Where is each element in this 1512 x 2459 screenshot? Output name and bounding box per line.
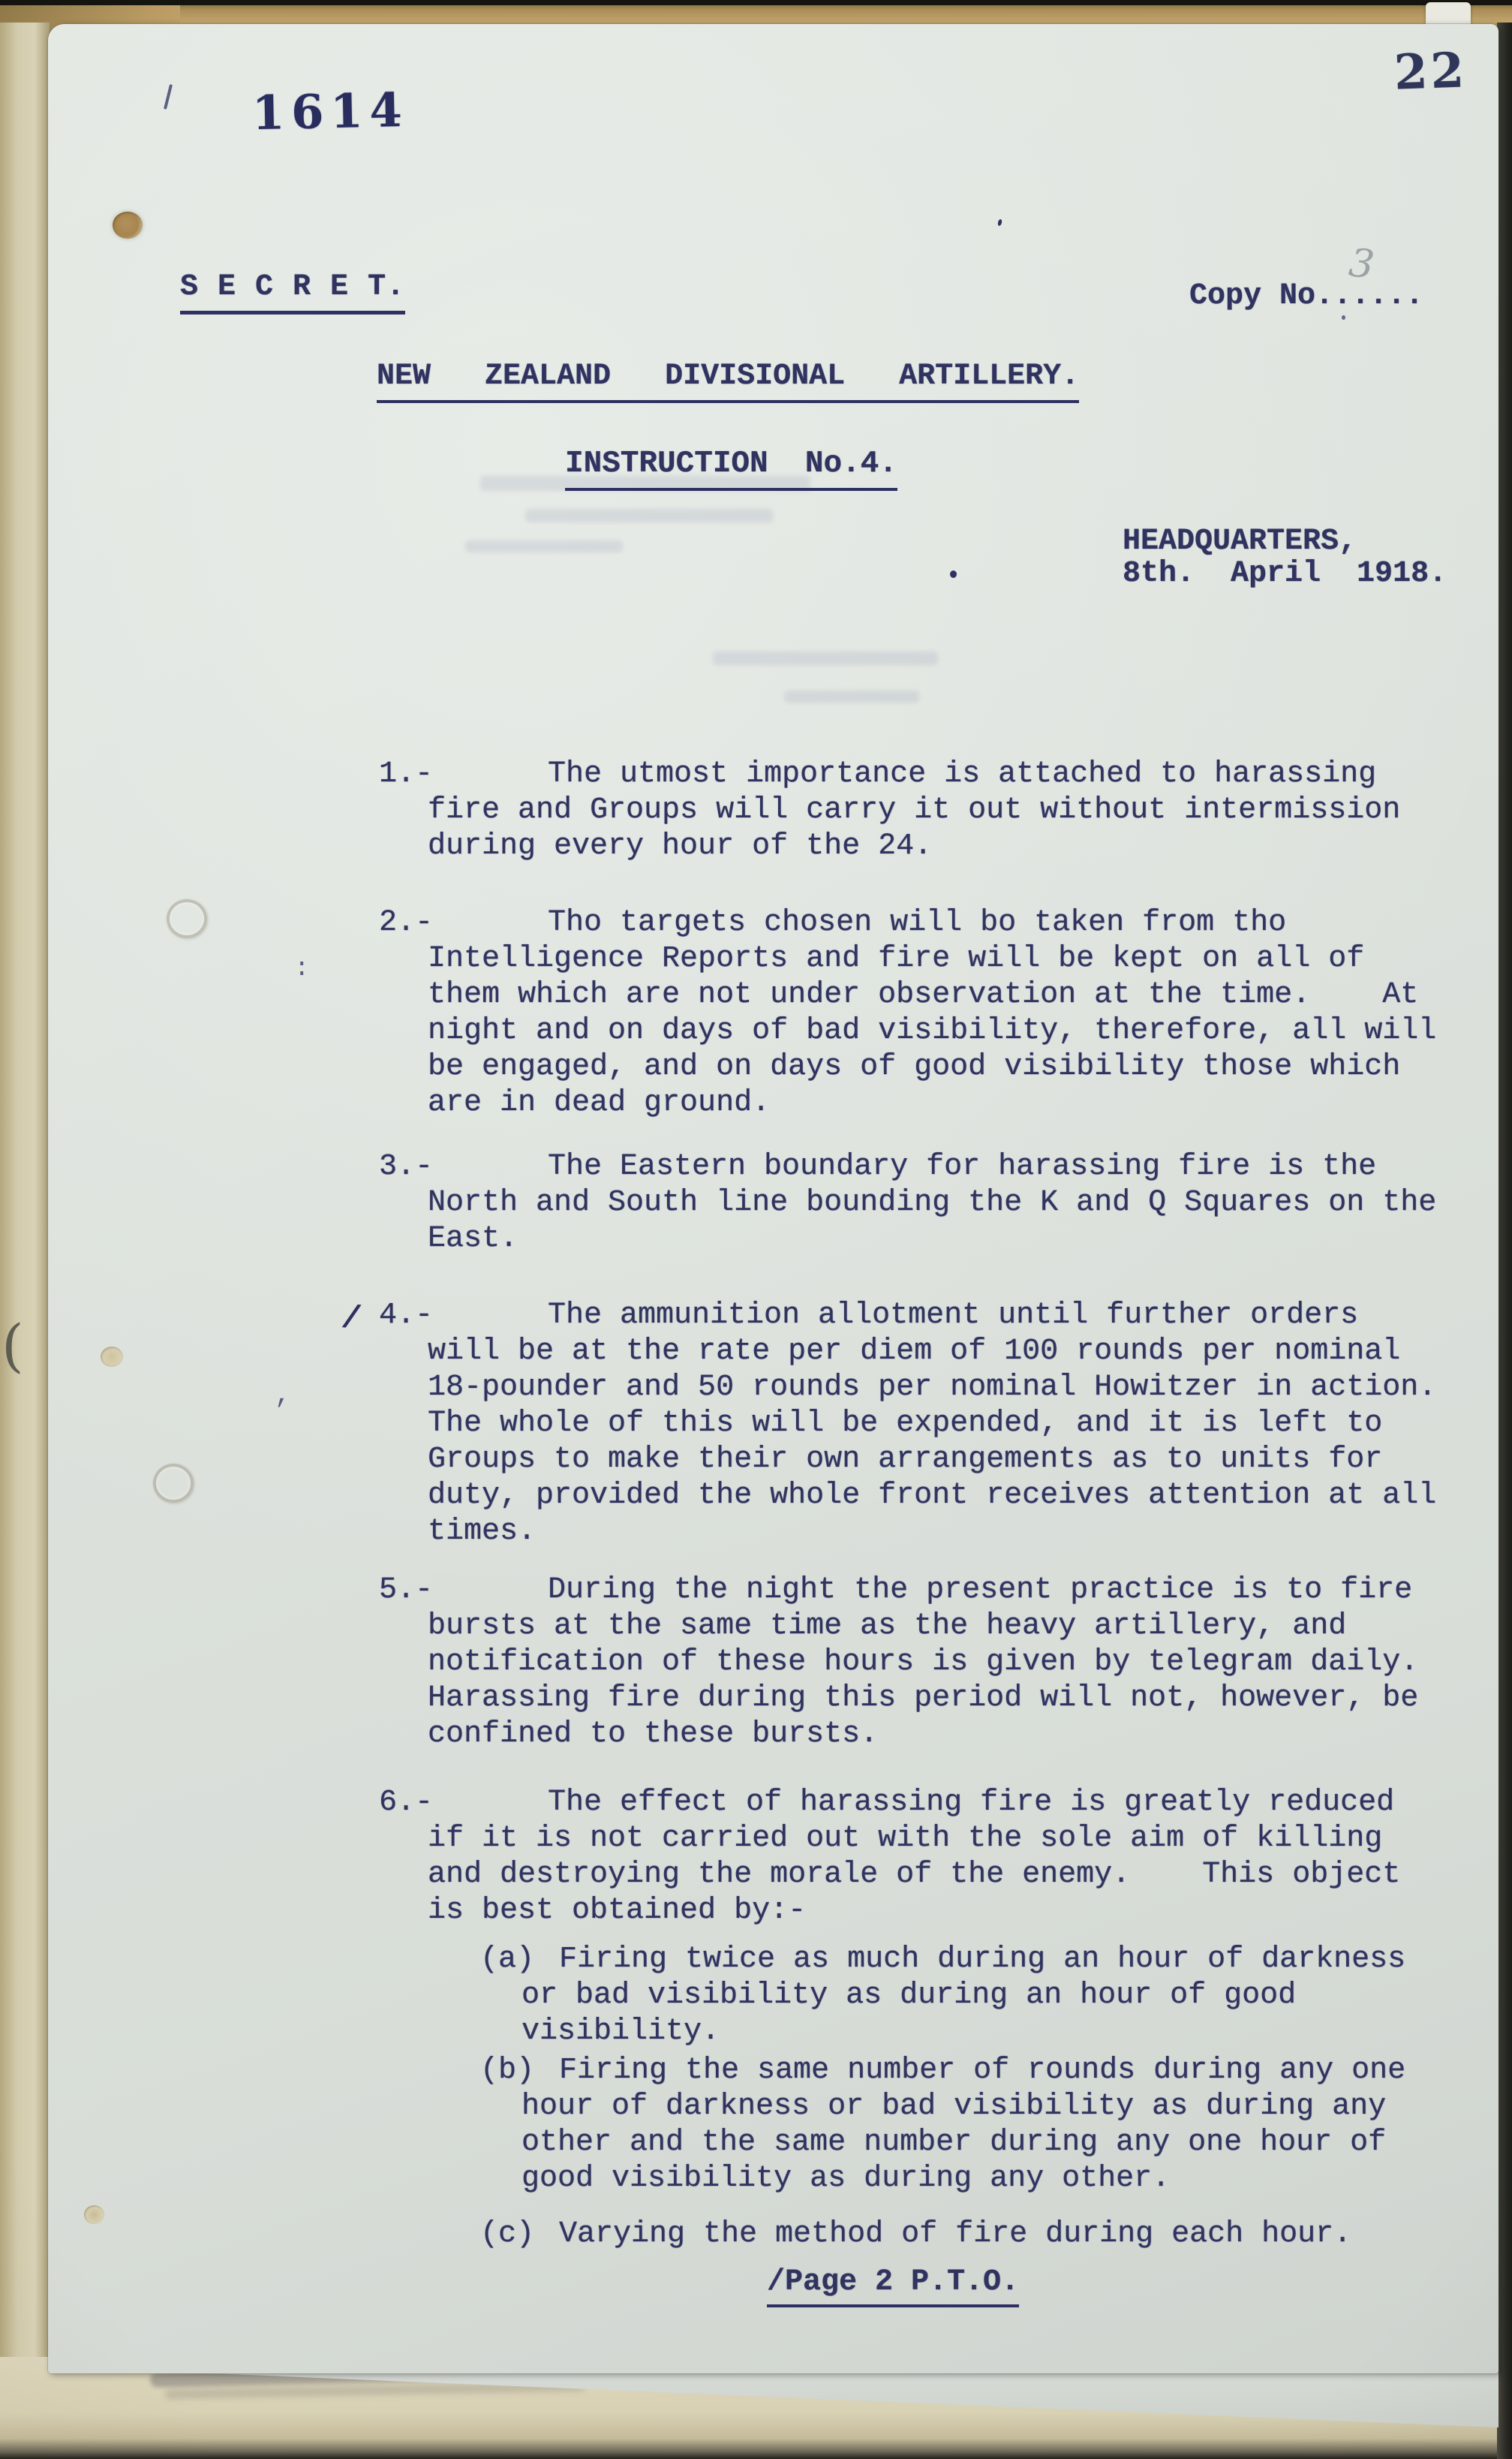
paragraph-3-line-3: East. — [428, 1221, 1482, 1257]
paragraph-4: 4.- The ammunition allotment until furth… — [379, 1298, 1482, 1550]
copy-number-label: Copy No...... — [1189, 279, 1423, 313]
date-line: 8th. April 1918. — [1123, 557, 1447, 591]
subitem-c-label: (c) — [480, 2217, 534, 2253]
paragraph-5-line-1: During the night the present practice is… — [428, 1573, 1482, 1609]
paragraph-2-line-1: Tho targets chosen will bo taken from th… — [428, 905, 1482, 941]
paragraph-2-line-3: them which are not under observation at … — [428, 977, 1482, 1013]
subitem-b: (b) Firing the same number of rounds dur… — [480, 2053, 1486, 2197]
paragraph-5-line-5: confined to these bursts. — [428, 1717, 1482, 1753]
paragraph-6-line-4: is best obtained by:- — [428, 1893, 1482, 1929]
handwritten-page-number: 22 — [1393, 42, 1468, 101]
subitem-b-line-4: good visibility as during any other. — [522, 2161, 1486, 2197]
subitem-b-label: (b) — [480, 2053, 534, 2089]
subitem-a-line-3: visibility. — [522, 2014, 1486, 2050]
paragraph-5: 5.- During the night the present practic… — [379, 1573, 1482, 1753]
subitem-b-line-1: Firing the same number of rounds during … — [522, 2053, 1486, 2089]
paragraph-3-line-2: North and South line bounding the K and … — [428, 1185, 1482, 1221]
file-stamp-number: 1614 — [251, 83, 409, 140]
punch-hole-middle — [101, 1347, 123, 1367]
punch-hole-bottom — [84, 2205, 104, 2224]
classification-label: S E C R E T. — [180, 270, 405, 315]
paragraph-6-line-1: The effect of harassing fire is greatly … — [428, 1785, 1482, 1821]
paragraph-1-line-2: fire and Groups will carry it out withou… — [428, 793, 1482, 829]
paragraph-2-line-2: Intelligence Reports and fire will be ke… — [428, 941, 1482, 977]
paragraph-2-number: 2.- — [379, 905, 433, 941]
stray-colon-mark: : — [294, 955, 309, 983]
ink-bleed-through — [713, 652, 938, 665]
embossed-ring-mark-1 — [167, 899, 207, 938]
paragraph-2-line-6: are in dead ground. — [428, 1085, 1482, 1121]
subitem-a-line-1: Firing twice as much during an hour of d… — [522, 1942, 1486, 1978]
page-turn-footer: /Page 2 P.T.O. — [767, 2265, 1019, 2307]
paragraph-4-line-7: times. — [428, 1514, 1482, 1550]
scanned-document: 1614 22 S E C R E T. Copy No...... 3 NEW… — [0, 0, 1512, 2459]
document-title: NEW ZEALAND DIVISIONAL ARTILLERY. — [377, 360, 1079, 403]
subitem-a-label: (a) — [480, 1942, 534, 1978]
subitem-c-line-1: Varying the method of fire during each h… — [522, 2217, 1486, 2253]
ink-bleed-through — [465, 540, 623, 552]
paragraph-4-number: 4.- — [379, 1298, 433, 1334]
punch-hole-top — [113, 212, 143, 239]
paragraph-4-line-1: The ammunition allotment until further o… — [428, 1298, 1482, 1334]
subitem-c: (c) Varying the method of fire during ea… — [480, 2217, 1486, 2253]
paragraph-6-line-2: if it is not carried out with the sole a… — [428, 1821, 1482, 1857]
subitem-b-line-2: hour of darkness or bad visibility as du… — [522, 2089, 1486, 2125]
paragraph-2-line-5: be engaged, and on days of good visibili… — [428, 1049, 1482, 1085]
paragraph-5-line-3: notification of these hours is given by … — [428, 1645, 1482, 1681]
instruction-number-title: INSTRUCTION No.4. — [565, 447, 897, 491]
paragraph-3: 3.- The Eastern boundary for harassing f… — [379, 1149, 1482, 1257]
ink-dot — [950, 570, 957, 578]
ink-bleed-through — [525, 509, 773, 522]
embossed-ring-mark-2 — [153, 1464, 194, 1503]
paragraph-2: 2.- Tho targets chosen will bo taken fro… — [379, 905, 1482, 1121]
paragraph-2-line-4: night and on days of bad visibility, the… — [428, 1013, 1482, 1049]
paragraph-6-number: 6.- — [379, 1785, 433, 1821]
pen-slash-mark: / — [339, 1300, 362, 1339]
paragraph-6-line-3: and destroying the morale of the enemy. … — [428, 1857, 1482, 1893]
ink-speck — [1342, 315, 1345, 320]
paragraph-1-number: 1.- — [379, 757, 433, 793]
paragraph-4-line-3: 18-pounder and 50 rounds per nominal How… — [428, 1370, 1482, 1406]
paragraph-5-number: 5.- — [379, 1573, 433, 1609]
paragraph-4-line-2: will be at the rate per diem of 100 roun… — [428, 1334, 1482, 1370]
subitem-a: (a) Firing twice as much during an hour … — [480, 1942, 1486, 2050]
subitem-a-line-2: or bad visibility as during an hour of g… — [522, 1978, 1486, 2014]
underlying-pages-left-edge — [0, 23, 52, 2459]
paragraph-4-line-4: The whole of this will be expended, and … — [428, 1406, 1482, 1442]
paragraph-1-line-1: The utmost importance is attached to har… — [428, 757, 1482, 793]
subitem-b-line-3: other and the same number during any one… — [522, 2125, 1486, 2161]
stray-comma-mark: , — [275, 1380, 291, 1410]
paragraph-4-line-5: Groups to make their own arrangements as… — [428, 1442, 1482, 1478]
paragraph-5-line-2: bursts at the same time as the heavy art… — [428, 1609, 1482, 1645]
paragraph-4-line-6: duty, provided the whole front receives … — [428, 1478, 1482, 1514]
paragraph-1: 1.- The utmost importance is attached to… — [379, 757, 1482, 865]
scan-edge-top — [0, 0, 1512, 5]
headquarters-line: HEADQUARTERS, — [1123, 525, 1357, 558]
scan-edge-right — [1497, 23, 1512, 2459]
paragraph-3-line-1: The Eastern boundary for harassing fire … — [428, 1149, 1482, 1185]
ink-bleed-through — [784, 691, 919, 703]
paragraph-5-line-4: Harassing fire during this period will n… — [428, 1681, 1482, 1717]
paragraph-6: 6.- The effect of harassing fire is grea… — [379, 1785, 1482, 1929]
paragraph-3-number: 3.- — [379, 1149, 433, 1185]
margin-paren-mark: ( — [2, 1312, 24, 1379]
paragraph-1-line-3: during every hour of the 24. — [428, 829, 1482, 865]
